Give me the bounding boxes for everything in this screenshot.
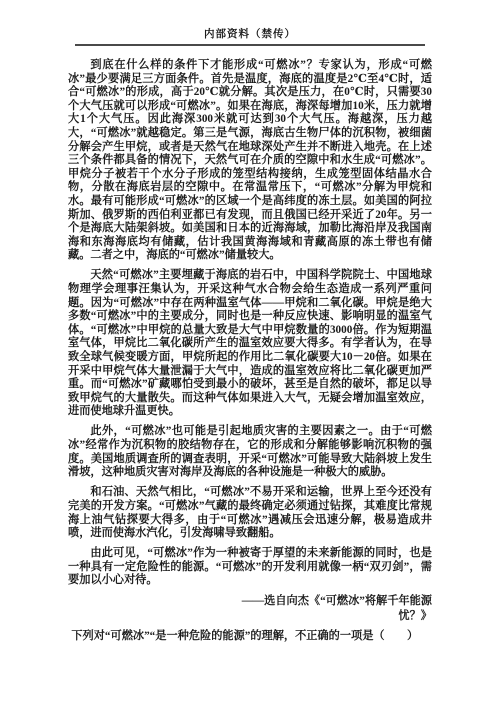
page-header: 内部资料（禁传）	[0, 0, 500, 46]
paragraph-mining-difficulty: 和石油、天然气相比，“可燃冰”不易开采和运输，世界上至今还没有完美的开发方案。“…	[68, 486, 432, 540]
attribution-line-2: 忧？》	[68, 609, 432, 624]
header-title: 内部资料（禁传）	[0, 0, 500, 41]
paragraph-conditions: 到底在什么样的条件下才能形成“可燃冰”？专家认为，形成“可燃冰”最少要满足三方面…	[68, 59, 432, 263]
question-line: 下列对“可燃冰”“是一种危险的能源”的理解，不正确的一项是（ ）	[68, 630, 432, 644]
header-rule	[75, 44, 425, 46]
paragraph-greenhouse: 天然“可燃冰”主要埋藏于海底的岩石中，中国科学院院士、中国地球物理学会理事汪集认…	[68, 269, 432, 419]
attribution-line-1: ——选自向杰《“可燃冰”将解千年能源	[68, 594, 432, 609]
article-body: 到底在什么样的条件下才能形成“可燃冰”？专家认为，形成“可燃冰”最少要满足三方面…	[68, 59, 432, 644]
paragraph-geohazard: 此外，“可燃冰”也可能是引起地质灾害的主要因素之一。由于“可燃冰”经常作为沉积物…	[68, 425, 432, 479]
attribution: ——选自向杰《“可燃冰”将解千年能源 忧？》	[68, 594, 432, 623]
paragraph-conclusion: 由此可见，“可燃冰”作为一种被寄于厚望的未来新能源的同时，也是一种具有一定危险性…	[68, 547, 432, 588]
document-page: 内部资料（禁传） 到底在什么样的条件下才能形成“可燃冰”？专家认为，形成“可燃冰…	[0, 0, 500, 707]
